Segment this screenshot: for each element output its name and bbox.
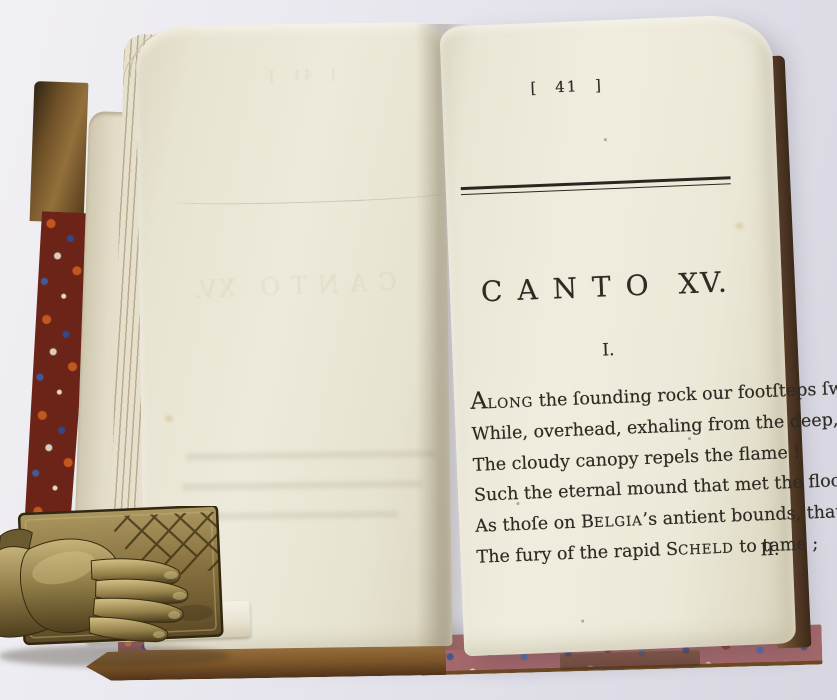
canto-heading-word: CANTO — [480, 268, 664, 308]
section-rule — [461, 176, 731, 194]
paper-speck — [516, 502, 519, 505]
paper-speck — [581, 620, 584, 623]
clip-hinge — [0, 529, 33, 550]
brass-hand-clip — [0, 506, 244, 674]
show-through-line — [186, 450, 436, 460]
photo-antique-book: [ 41 ] CANTO XV. [ 41 ] CANTO XV. I. ALO… — [0, 0, 837, 700]
catchword: II. — [760, 540, 780, 561]
paper-speck — [688, 437, 691, 440]
poem: ALONG the ſounding rock our footſteps ſw… — [470, 369, 837, 574]
leather-spine — [30, 81, 89, 223]
paper-speck — [604, 138, 607, 141]
show-through-heading: CANTO XV. — [159, 267, 430, 306]
foxing-spot — [165, 416, 173, 422]
show-through-page-number: [ 41 ] — [226, 65, 377, 87]
show-through-line — [182, 480, 422, 490]
right-printed-page: [ 41 ] CANTO XV. I. ALONG the ſounding r… — [439, 14, 796, 657]
clip-shadow — [0, 645, 230, 667]
foxing-spot — [735, 223, 743, 229]
canto-heading-numeral: XV. — [678, 265, 729, 300]
page-crease — [174, 187, 446, 207]
stanza-number: I. — [452, 334, 765, 367]
canto-heading: CANTO XV. — [449, 264, 760, 309]
page-number: [ 41 ] — [441, 73, 692, 101]
